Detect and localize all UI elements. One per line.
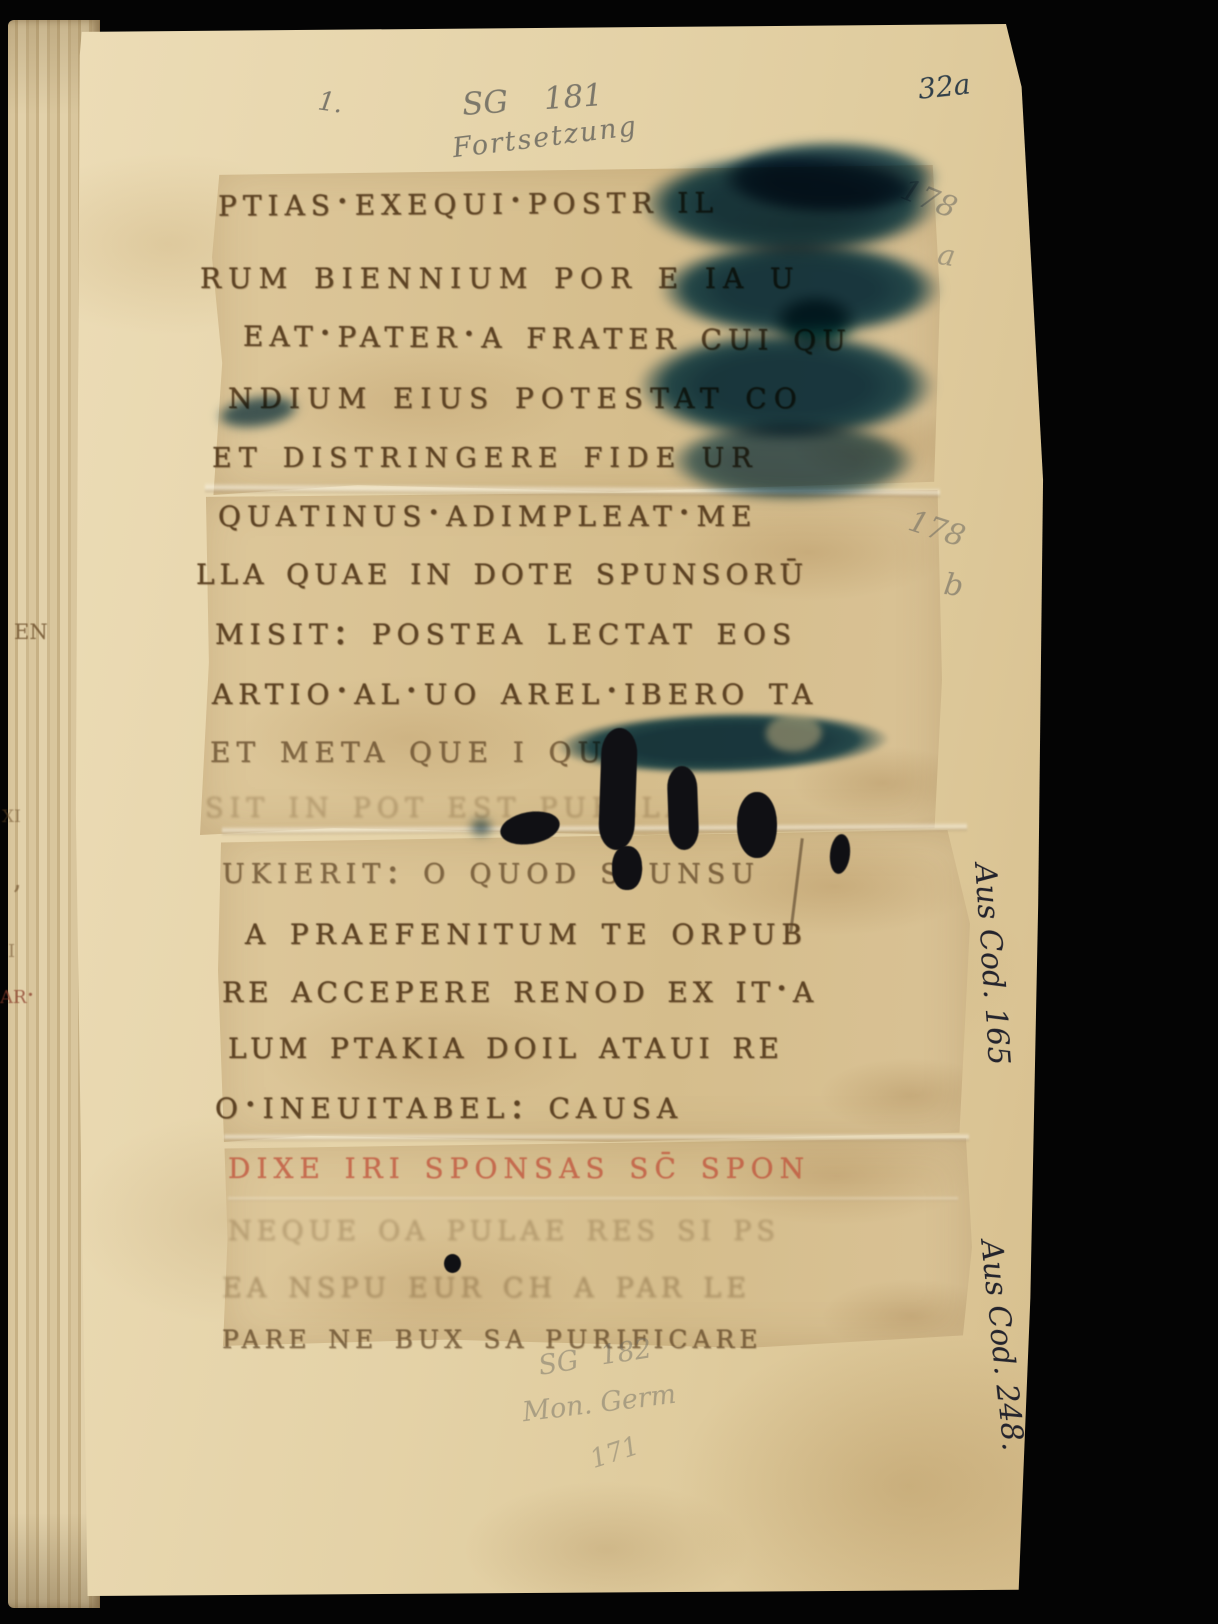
- manuscript-line: ea nspu eur ch a par le: [222, 1262, 751, 1306]
- manuscript-line: misit: postea lectat eos: [215, 608, 797, 654]
- stain-pale-spot: [765, 713, 822, 752]
- ink-blot: [612, 846, 642, 890]
- manuscript-line: pare ne bux sa purificare: [222, 1316, 763, 1357]
- pencil-mark-1: 1.: [316, 86, 345, 119]
- manuscript-line: ukierit: o quod spunsu: [222, 848, 760, 892]
- strip-seam: [224, 1133, 969, 1141]
- manuscript-line: artio·al·uo arel·ibero ta: [212, 668, 818, 714]
- blue-stain: [668, 420, 918, 502]
- ink-blot-dot: [444, 1254, 461, 1273]
- edge-letter-fragment: ’: [12, 880, 22, 915]
- manuscript-line: lum ptakia doil ataui re: [228, 1022, 784, 1068]
- edge-letter-fragment: ı: [8, 934, 15, 964]
- folio-number: 32a: [916, 67, 971, 105]
- blue-stain-dot: [470, 818, 492, 836]
- edge-letter-fragment: xı: [2, 800, 21, 828]
- ink-blot-drip: [598, 727, 638, 850]
- crease-line: [228, 1196, 958, 1201]
- manuscript-line: a praefenitum te orpub: [245, 908, 808, 954]
- ink-blot-drip: [667, 766, 700, 851]
- manuscript-line: lla quae in dote spunsorū: [196, 548, 808, 594]
- blue-stain: [720, 140, 940, 215]
- ink-blot: [737, 792, 777, 858]
- manuscript-line: quatinus·adimpleat·me: [218, 490, 758, 536]
- edge-letter-fragment: en: [14, 612, 48, 647]
- manuscript-line: o·ineuitabel: causa: [215, 1082, 683, 1128]
- photograph-canvas: en xı ’ ı ar· ptias·exequi·postr il rum …: [0, 0, 1218, 1624]
- manuscript-line-rubric: dixe iri sponsas sc̄ spon: [228, 1142, 810, 1188]
- manuscript-line: neque oa pulae res si ps: [228, 1205, 780, 1249]
- edge-letter-fragment-red: ar·: [0, 980, 35, 1009]
- manuscript-line: re accepere renod ex it·a: [222, 966, 818, 1012]
